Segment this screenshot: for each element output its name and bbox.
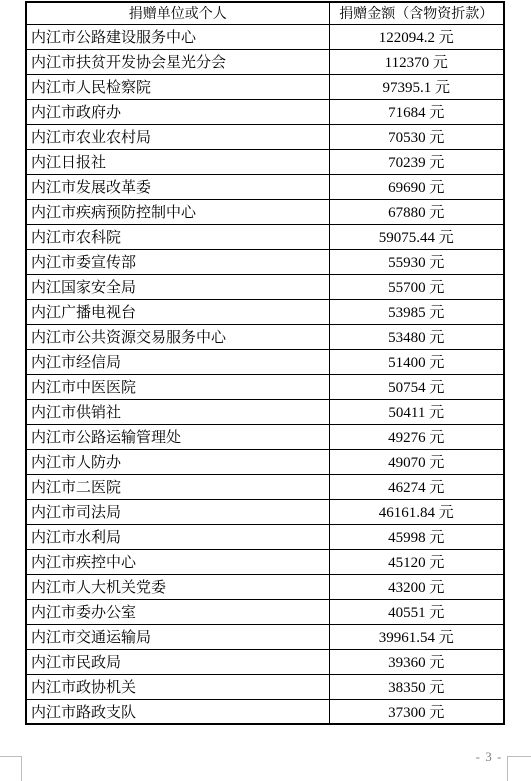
amount-cell: 122094.2 元 bbox=[329, 24, 504, 49]
amount-cell: 46274 元 bbox=[329, 474, 504, 499]
table-row: 内江日报社70239 元 bbox=[26, 149, 504, 174]
table-row: 内江市民政局39360 元 bbox=[26, 649, 504, 674]
donor-cell: 内江市民政局 bbox=[26, 649, 329, 674]
margin-crop-mark-bottom-right-vertical bbox=[507, 756, 508, 781]
table-row: 内江市中医医院50754 元 bbox=[26, 374, 504, 399]
donor-cell: 内江国家安全局 bbox=[26, 274, 329, 299]
amount-cell: 70530 元 bbox=[329, 124, 504, 149]
table-row: 内江广播电视台53985 元 bbox=[26, 299, 504, 324]
amount-cell: 50411 元 bbox=[329, 399, 504, 424]
donor-cell: 内江市交通运输局 bbox=[26, 624, 329, 649]
donor-cell: 内江市疾控中心 bbox=[26, 549, 329, 574]
donation-table: 捐赠单位或个人 捐赠金额（含物资折款） 内江市公路建设服务中心122094.2 … bbox=[25, 1, 505, 725]
table-row: 内江市疾控中心45120 元 bbox=[26, 549, 504, 574]
donor-cell: 内江市委宣传部 bbox=[26, 249, 329, 274]
amount-cell: 55700 元 bbox=[329, 274, 504, 299]
table-row: 内江市农科院59075.44 元 bbox=[26, 224, 504, 249]
table-row: 内江市政府办71684 元 bbox=[26, 99, 504, 124]
amount-cell: 49070 元 bbox=[329, 449, 504, 474]
donor-cell: 内江市路政支队 bbox=[26, 699, 329, 724]
amount-cell: 59075.44 元 bbox=[329, 224, 504, 249]
table-row: 内江市交通运输局39961.54 元 bbox=[26, 624, 504, 649]
amount-cell: 40551 元 bbox=[329, 599, 504, 624]
margin-crop-mark-bottom-left-horizontal bbox=[0, 756, 22, 757]
donor-cell: 内江市政协机关 bbox=[26, 674, 329, 699]
amount-cell: 39961.54 元 bbox=[329, 624, 504, 649]
table-row: 内江市委宣传部55930 元 bbox=[26, 249, 504, 274]
table-row: 内江市公共资源交易服务中心53480 元 bbox=[26, 324, 504, 349]
donor-cell: 内江市经信局 bbox=[26, 349, 329, 374]
donor-cell: 内江市人大机关党委 bbox=[26, 574, 329, 599]
table-row: 内江市人大机关党委43200 元 bbox=[26, 574, 504, 599]
table-row: 内江市人民检察院97395.1 元 bbox=[26, 74, 504, 99]
donor-cell: 内江市供销社 bbox=[26, 399, 329, 424]
donor-cell: 内江市公共资源交易服务中心 bbox=[26, 324, 329, 349]
table-row: 内江市二医院46274 元 bbox=[26, 474, 504, 499]
donor-cell: 内江市农业农村局 bbox=[26, 124, 329, 149]
amount-cell: 53985 元 bbox=[329, 299, 504, 324]
amount-cell: 46161.84 元 bbox=[329, 499, 504, 524]
table-row: 内江市人防办49070 元 bbox=[26, 449, 504, 474]
amount-cell: 49276 元 bbox=[329, 424, 504, 449]
donor-cell: 内江市司法局 bbox=[26, 499, 329, 524]
table-row: 内江市路政支队37300 元 bbox=[26, 699, 504, 724]
donor-cell: 内江广播电视台 bbox=[26, 299, 329, 324]
donor-cell: 内江市水利局 bbox=[26, 524, 329, 549]
donor-cell: 内江市公路运输管理处 bbox=[26, 424, 329, 449]
donor-cell: 内江市人民检察院 bbox=[26, 74, 329, 99]
amount-cell: 69690 元 bbox=[329, 174, 504, 199]
donor-cell: 内江市发展改革委 bbox=[26, 174, 329, 199]
amount-cell: 39360 元 bbox=[329, 649, 504, 674]
donor-column-header: 捐赠单位或个人 bbox=[26, 2, 329, 24]
amount-cell: 50754 元 bbox=[329, 374, 504, 399]
table-row: 内江市委办公室40551 元 bbox=[26, 599, 504, 624]
table-header-row: 捐赠单位或个人 捐赠金额（含物资折款） bbox=[26, 2, 504, 24]
amount-column-header: 捐赠金额（含物资折款） bbox=[329, 2, 504, 24]
donor-cell: 内江市二医院 bbox=[26, 474, 329, 499]
donor-cell: 内江市农科院 bbox=[26, 224, 329, 249]
table-row: 内江市发展改革委69690 元 bbox=[26, 174, 504, 199]
document-page: 捐赠单位或个人 捐赠金额（含物资折款） 内江市公路建设服务中心122094.2 … bbox=[0, 0, 531, 781]
donor-cell: 内江市人防办 bbox=[26, 449, 329, 474]
table-row: 内江市水利局45998 元 bbox=[26, 524, 504, 549]
amount-cell: 43200 元 bbox=[329, 574, 504, 599]
amount-cell: 112370 元 bbox=[329, 49, 504, 74]
table-row: 内江市政协机关38350 元 bbox=[26, 674, 504, 699]
table-row: 内江市疾病预防控制中心67880 元 bbox=[26, 199, 504, 224]
table-row: 内江市经信局51400 元 bbox=[26, 349, 504, 374]
donor-cell: 内江市公路建设服务中心 bbox=[26, 24, 329, 49]
margin-crop-mark-bottom-left-vertical bbox=[21, 756, 22, 781]
table-row: 内江市农业农村局70530 元 bbox=[26, 124, 504, 149]
amount-cell: 55930 元 bbox=[329, 249, 504, 274]
amount-cell: 70239 元 bbox=[329, 149, 504, 174]
table-row: 内江市供销社50411 元 bbox=[26, 399, 504, 424]
amount-cell: 45998 元 bbox=[329, 524, 504, 549]
table-row: 内江市公路建设服务中心122094.2 元 bbox=[26, 24, 504, 49]
donor-cell: 内江市中医医院 bbox=[26, 374, 329, 399]
amount-cell: 71684 元 bbox=[329, 99, 504, 124]
table-row: 内江市司法局46161.84 元 bbox=[26, 499, 504, 524]
margin-crop-mark-bottom-right-horizontal bbox=[507, 756, 531, 757]
donor-cell: 内江市政府办 bbox=[26, 99, 329, 124]
table-row: 内江国家安全局55700 元 bbox=[26, 274, 504, 299]
table-row: 内江市扶贫开发协会星光分会112370 元 bbox=[26, 49, 504, 74]
donor-cell: 内江日报社 bbox=[26, 149, 329, 174]
amount-cell: 38350 元 bbox=[329, 674, 504, 699]
donor-cell: 内江市疾病预防控制中心 bbox=[26, 199, 329, 224]
table-row: 内江市公路运输管理处49276 元 bbox=[26, 424, 504, 449]
amount-cell: 45120 元 bbox=[329, 549, 504, 574]
amount-cell: 37300 元 bbox=[329, 699, 504, 724]
amount-cell: 67880 元 bbox=[329, 199, 504, 224]
page-number: - 3 - bbox=[468, 749, 510, 765]
amount-cell: 51400 元 bbox=[329, 349, 504, 374]
amount-cell: 97395.1 元 bbox=[329, 74, 504, 99]
donor-cell: 内江市扶贫开发协会星光分会 bbox=[26, 49, 329, 74]
donor-cell: 内江市委办公室 bbox=[26, 599, 329, 624]
amount-cell: 53480 元 bbox=[329, 324, 504, 349]
